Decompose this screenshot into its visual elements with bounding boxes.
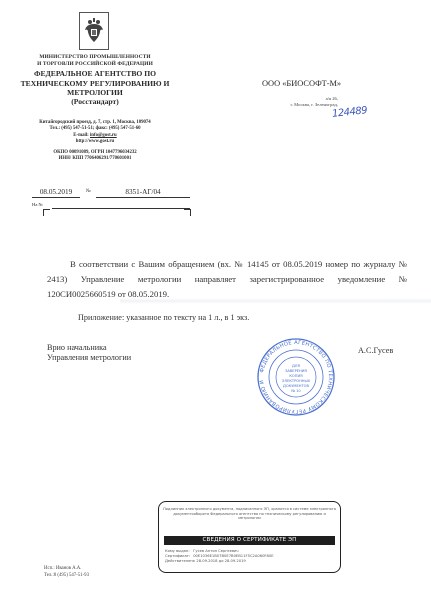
svg-text:ДЛЯ: ДЛЯ (292, 364, 301, 368)
signatory-title-line-2: Управления метрологии (47, 353, 131, 363)
email-label: E-mail: (73, 133, 88, 138)
body-paragraph: В соответствии с Вашим обращением (вх. №… (47, 257, 407, 302)
signatory-title: Врио начальника Управления метрологии (47, 343, 131, 363)
recipient-org: ООО «БИОСОФТ-М» (262, 79, 341, 88)
reference-line: На № (32, 201, 190, 211)
signatory-name: А.С.Гусев (358, 346, 393, 355)
inn-kpp: ИНН/ КПП 7706406291/770601001 (20, 156, 170, 162)
registration-line: 08.05.2019 № 8351-АГ/04 (32, 188, 190, 200)
issued-to-value: Гусев Антон Сергеевич (193, 549, 238, 553)
certificate-header: СВЕДЕНИЯ О СЕРТИФИКАТЕ ЭП (164, 536, 335, 545)
letterhead-contacts: Китайгородский проезд, д. 7, стр. 1, Мос… (20, 120, 170, 162)
certificate-details: Кому выдан: Гусев Антон Сергеевич Сертиф… (165, 549, 274, 565)
executor-phone: Тел.:8 (495) 547-51-93 (44, 573, 89, 580)
svg-text:ЭЛЕКТРОННЫХ: ЭЛЕКТРОННЫХ (282, 379, 311, 383)
email-link[interactable]: info@gost.ru (90, 133, 117, 138)
ministry-line-2: И ТОРГОВЛИ РОССИЙСКОЙ ФЕДЕРАЦИИ (20, 61, 170, 68)
svg-text:КОПИЯ: КОПИЯ (289, 374, 303, 378)
recipient-address: а/я 26, г. Москва, г. Зеленоград, (258, 96, 338, 109)
agency-line-1: ФЕДЕРАЛЬНОЕ АГЕНТСТВО ПО (20, 69, 170, 78)
svg-text:ЗАВЕРЕНИЯ: ЗАВЕРЕНИЯ (285, 369, 307, 373)
validity-label: Действителен: (165, 559, 192, 564)
website-link[interactable]: http://www.gost.ru (20, 139, 170, 145)
registration-number: 8351-АГ/04 (96, 188, 190, 198)
registration-date: 08.05.2019 (32, 188, 80, 198)
svg-text:№ 10: № 10 (291, 389, 301, 393)
address-corner-right (184, 209, 191, 216)
coat-of-arms-icon (79, 12, 109, 50)
signatory-title-line-1: Врио начальника (47, 343, 131, 353)
recipient-city: г. Москва, г. Зеленоград, (258, 102, 338, 108)
executor-name: Исп.: Иванов А.А. (44, 566, 89, 573)
address-corner-left (43, 209, 50, 216)
letter-body: В соответствии с Вашим обращением (вх. №… (47, 257, 407, 302)
reference-rule (52, 208, 190, 209)
ministry-line-1: МИНИСТЕРСТВО ПРОМЫШЛЕННОСТИ (20, 54, 170, 61)
cert-id-value: 00E1036E1B07B0E7B0EB11F5C2A060F80E (193, 554, 273, 558)
e-signature-certificate-box: Подлинник электронного документа, подпис… (158, 501, 341, 573)
agency-line-3: МЕТРОЛОГИИ (20, 88, 170, 97)
executor-info: Исп.: Иванов А.А. Тел.:8 (495) 547-51-93 (44, 566, 89, 579)
validity-value: с 28.09.2018 до 28.09.2019 (193, 559, 246, 563)
svg-text:ДОКУМЕНТОВ: ДОКУМЕНТОВ (283, 384, 309, 388)
certificate-row-validity: Действителен: с 28.09.2018 до 28.09.2019 (165, 559, 274, 564)
handwritten-postcode: 124489 (332, 105, 368, 120)
number-sign: № (86, 189, 91, 194)
official-stamp-icon: ФЕДЕРАЛЬНОЕ АГЕНТСТВО ПО ТЕХНИЧЕСКОМУ РЕ… (256, 337, 336, 417)
reference-label: На № (32, 202, 43, 207)
attachment-note: Приложение: указанное по тексту на 1 л.,… (78, 313, 249, 322)
scan-artifact (120, 298, 431, 304)
agency-short-name: (Росстандарт) (20, 97, 170, 106)
letterhead-header: МИНИСТЕРСТВО ПРОМЫШЛЕННОСТИ И ТОРГОВЛИ Р… (20, 54, 170, 107)
certificate-intro: Подлинник электронного документа, подпис… (163, 507, 336, 521)
agency-line-2: ТЕХНИЧЕСКОМУ РЕГУЛИРОВАНИЮ И (20, 79, 170, 88)
